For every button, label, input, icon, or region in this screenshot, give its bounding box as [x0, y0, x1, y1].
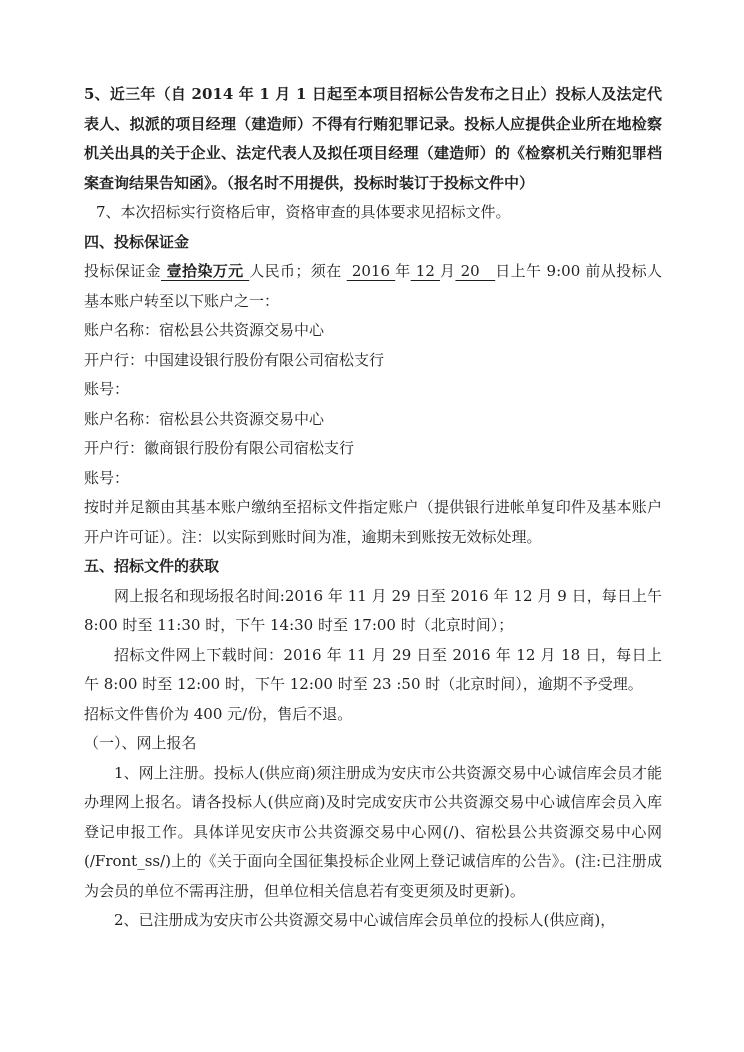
subsection-1-heading-online-registration: （一）、网上报名: [84, 729, 662, 759]
clause-5-integrity-requirement: 5、近三年（自 2014 年 1 月 1 日起至本项目招标公告发布之日止）投标人…: [84, 80, 662, 198]
payment-note: 按时并足额由其基本账户缴纳至招标文件指定账户（提供银行进帐单复印件及基本账户开户…: [84, 493, 662, 552]
filled-blank: 壹拾染万元: [161, 262, 249, 280]
account-2-bank: 开户行：徽商银行股份有限公司宿松支行: [84, 434, 662, 464]
filled-blank: 12: [411, 262, 440, 280]
registered-member-clause: 2、已注册成为安庆市公共资源交易中心诚信库会员单位的投标人(供应商)，: [84, 906, 662, 936]
text-run: 五、招标文件的获取: [84, 557, 219, 575]
document-page: 5、近三年（自 2014 年 1 月 1 日起至本项目招标公告发布之日止）投标人…: [0, 0, 744, 1052]
account-1-bank: 开户行：中国建设银行股份有限公司宿松支行: [84, 346, 662, 376]
text-run: 年: [395, 262, 410, 280]
account-2-name: 账户名称：宿松县公共资源交易中心: [84, 405, 662, 435]
text-run: 投标保证金: [84, 262, 161, 280]
bid-bond-details: 投标保证金 壹拾染万元 人民币；须在 2016 年 12 月 20 日上午 9:…: [84, 257, 662, 316]
text-run: 账号：: [84, 380, 129, 398]
text-run: 月: [440, 262, 455, 280]
filled-blank: 2016: [347, 262, 396, 280]
text-run: 招标文件网上下载时间：2016 年 11 月 29 日至 2016 年 12 月…: [84, 646, 662, 694]
online-registration-instructions: 1、网上注册。投标人(供应商)须注册成为安庆市公共资源交易中心诚信库会员才能办理…: [84, 759, 662, 907]
document-price-line: 招标文件售价为 400 元/份，售后不退。: [84, 700, 662, 730]
text-run: 账号：: [84, 469, 129, 487]
download-time: 招标文件网上下载时间：2016 年 11 月 29 日至 2016 年 12 月…: [84, 641, 662, 700]
text-run: 2、已注册成为安庆市公共资源交易中心诚信库会员单位的投标人(供应商)，: [114, 911, 615, 929]
text-run: 账户名称：宿松县公共资源交易中心: [84, 321, 324, 339]
text-run: 四、投标保证金: [84, 233, 189, 251]
text-run: （一）、网上报名: [84, 734, 197, 752]
account-1-number: 账号：: [84, 375, 662, 405]
account-1-name: 账户名称：宿松县公共资源交易中心: [84, 316, 662, 346]
text-run: 按时并足额由其基本账户缴纳至招标文件指定账户（提供银行进帐单复印件及基本账户开户…: [84, 498, 662, 546]
text-run: 开户行：中国建设银行股份有限公司宿松支行: [84, 351, 384, 369]
text-run: 人民币；须在: [249, 262, 347, 280]
registration-time: 网上报名和现场报名时间:2016 年 11 月 29 日至 2016 年 12 …: [84, 582, 662, 641]
filled-blank: 20: [455, 262, 495, 280]
text-run: 1、网上注册。投标人(供应商)须注册成为安庆市公共资源交易中心诚信库会员才能办理…: [84, 764, 662, 900]
section-4-heading-bid-bond: 四、投标保证金: [84, 228, 662, 258]
section-5-heading-document-acquisition: 五、招标文件的获取: [84, 552, 662, 582]
clause-7-qualification-review: 7、本次招标实行资格后审，资格审查的具体要求见招标文件。: [84, 198, 662, 228]
text-run: 7、本次招标实行资格后审，资格审查的具体要求见招标文件。: [96, 203, 511, 221]
text-run: 招标文件售价为 400 元/份，售后不退。: [84, 705, 352, 723]
account-2-number: 账号：: [84, 464, 662, 494]
text-run: 开户行：徽商银行股份有限公司宿松支行: [84, 439, 354, 457]
text-run: 账户名称：宿松县公共资源交易中心: [84, 410, 324, 428]
text-run: 网上报名和现场报名时间:2016 年 11 月 29 日至 2016 年 12 …: [84, 587, 667, 635]
document-body: 5、近三年（自 2014 年 1 月 1 日起至本项目招标公告发布之日止）投标人…: [84, 80, 662, 936]
text-run: 5、近三年（自 2014 年 1 月 1 日起至本项目招标公告发布之日止）投标人…: [84, 85, 662, 192]
